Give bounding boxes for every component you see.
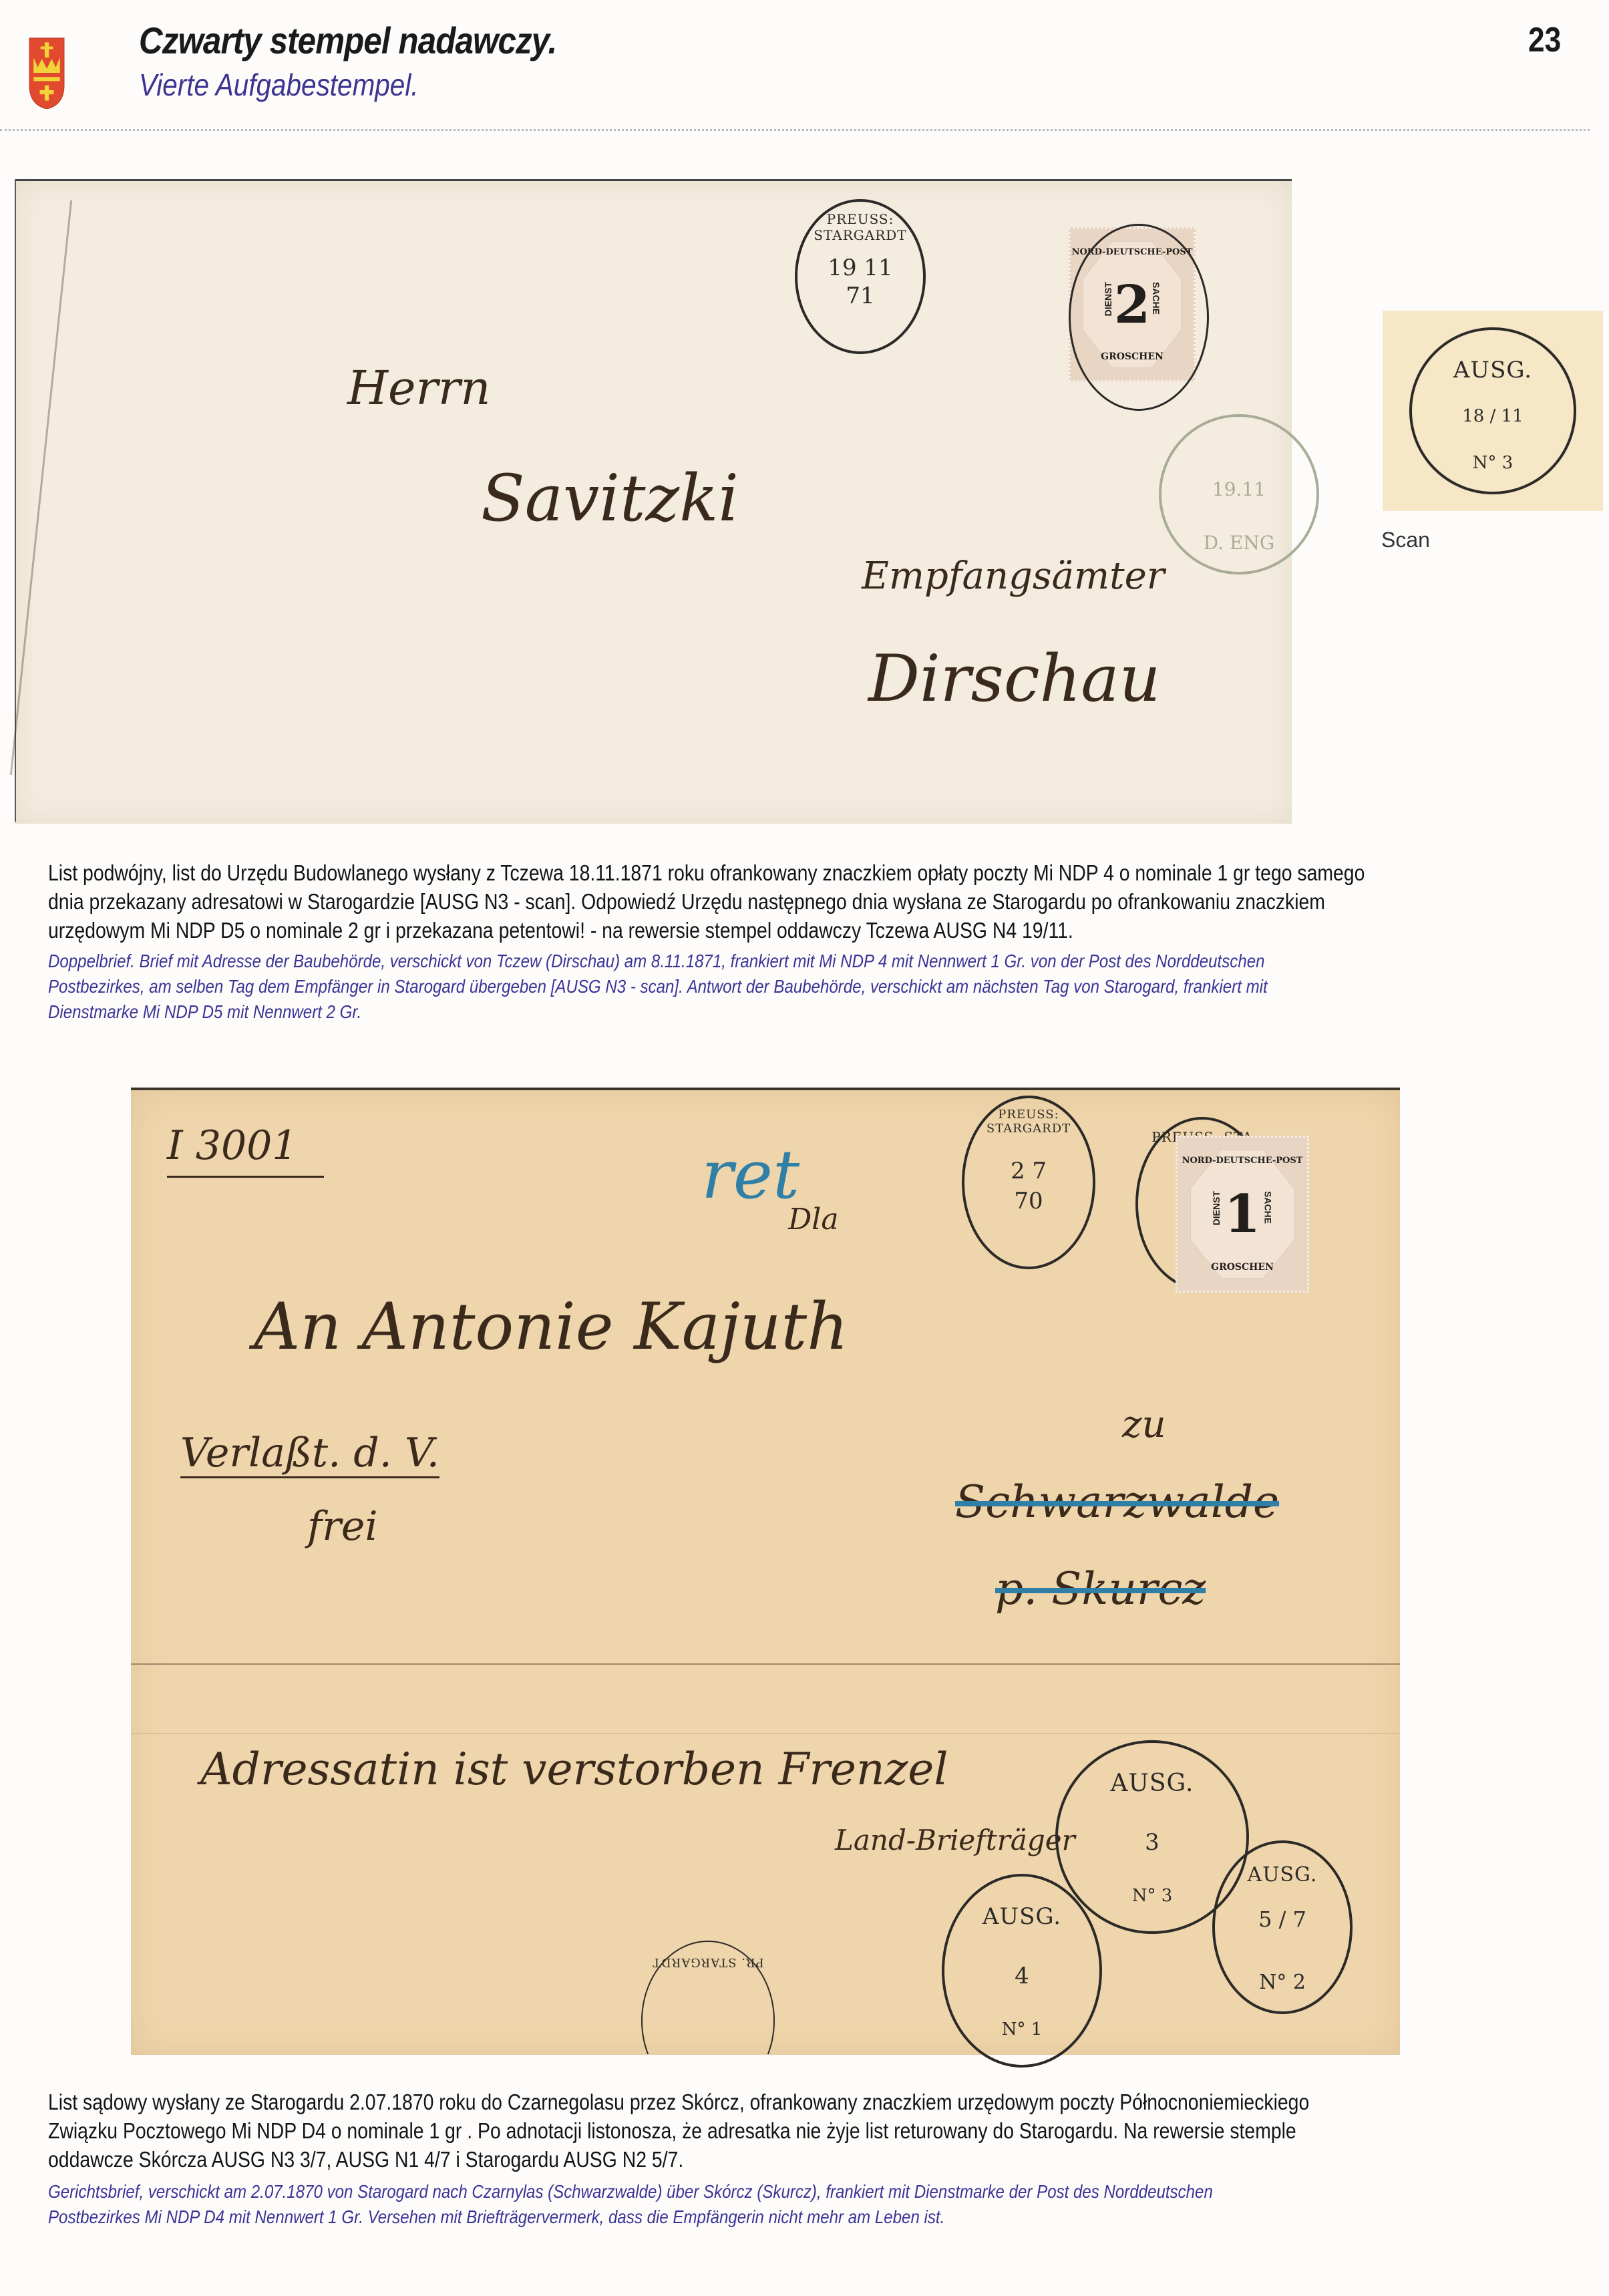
page-title: Czwarty stempel nadawczy.	[139, 19, 556, 62]
cover-2-court-seal: PR. STARGARDT	[641, 1941, 775, 2101]
cover-1-arrival-postmark: 19.11 D. ENG	[1159, 414, 1319, 575]
caption-1-polish: List podwójny, list do Urzędu Budowlaneg…	[48, 858, 1576, 945]
page-subtitle: Vierte Aufgabestempel.	[139, 67, 419, 103]
cover-2-back-note-1: Adressatin ist verstorben Frenzel	[200, 1744, 948, 1795]
cover-2-address-zu: zu	[1122, 1403, 1166, 1446]
caption-2-german: Gerichtsbrief, verschickt am 2.07.1870 v…	[48, 2179, 1576, 2230]
cover-2-back-postmark-n1: AUSG. 4 N° 1	[942, 1874, 1102, 2068]
cover-2-address-line-3: frei	[307, 1503, 378, 1550]
cover-2-address-line-1: An Antonie Kajuth	[254, 1289, 848, 1364]
cover-2-back-postmark-n2: AUSG. 5 / 7 N° 2	[1212, 1840, 1353, 2014]
cover-1-stamp-cancel	[1069, 224, 1209, 411]
page-number: 23	[1528, 20, 1561, 60]
cover-1-address-line-3: Empfangsämter	[862, 554, 1165, 598]
cover-2-fold	[131, 1663, 1400, 1665]
cover-2-origin-postmark-1: PREUSS: STARGARDT 2 7 70	[962, 1096, 1095, 1269]
header-divider	[0, 129, 1590, 131]
cover-2-dla: Dla	[788, 1202, 839, 1237]
cover-2-stamp: NORD-DEUTSCHE-POST DIENST 1 SACHE GROSCH…	[1176, 1136, 1309, 1293]
cover-2-address-line-5: Schwarzwalde	[955, 1476, 1279, 1528]
cover-2-address-line-2: Verlaßt. d. V.	[180, 1430, 439, 1478]
scan-label: Scan	[1381, 528, 1430, 552]
cover-2-reference: I 3001	[167, 1122, 324, 1178]
coat-of-arms-icon	[27, 37, 67, 109]
cover-2-fold-2	[131, 1733, 1400, 1734]
cover-2-back-note-2: Land-Briefträger	[835, 1824, 1075, 1856]
caption-2-polish: List sądowy wysłany ze Starogardu 2.07.1…	[48, 2088, 1576, 2174]
cover-1-origin-postmark: PREUSS: STARGARDT 19 11 71	[795, 199, 926, 354]
scan-inset: AUSG. 18 / 11 N° 3	[1383, 311, 1603, 511]
caption-1-german: Doppelbrief. Brief mit Adresse der Baube…	[48, 949, 1576, 1025]
cover-2-address-line-6: p. Skurcz	[995, 1563, 1206, 1615]
cover-1-address-line-2: Savitzki	[481, 461, 739, 536]
cover-2-blue-note: ret	[701, 1136, 799, 1214]
cover-1-address-line-4: Dirschau	[868, 641, 1160, 716]
cover-1-address-line-1: Herrn	[347, 361, 490, 416]
scan-ausg-postmark: AUSG. 18 / 11 N° 3	[1409, 327, 1576, 494]
